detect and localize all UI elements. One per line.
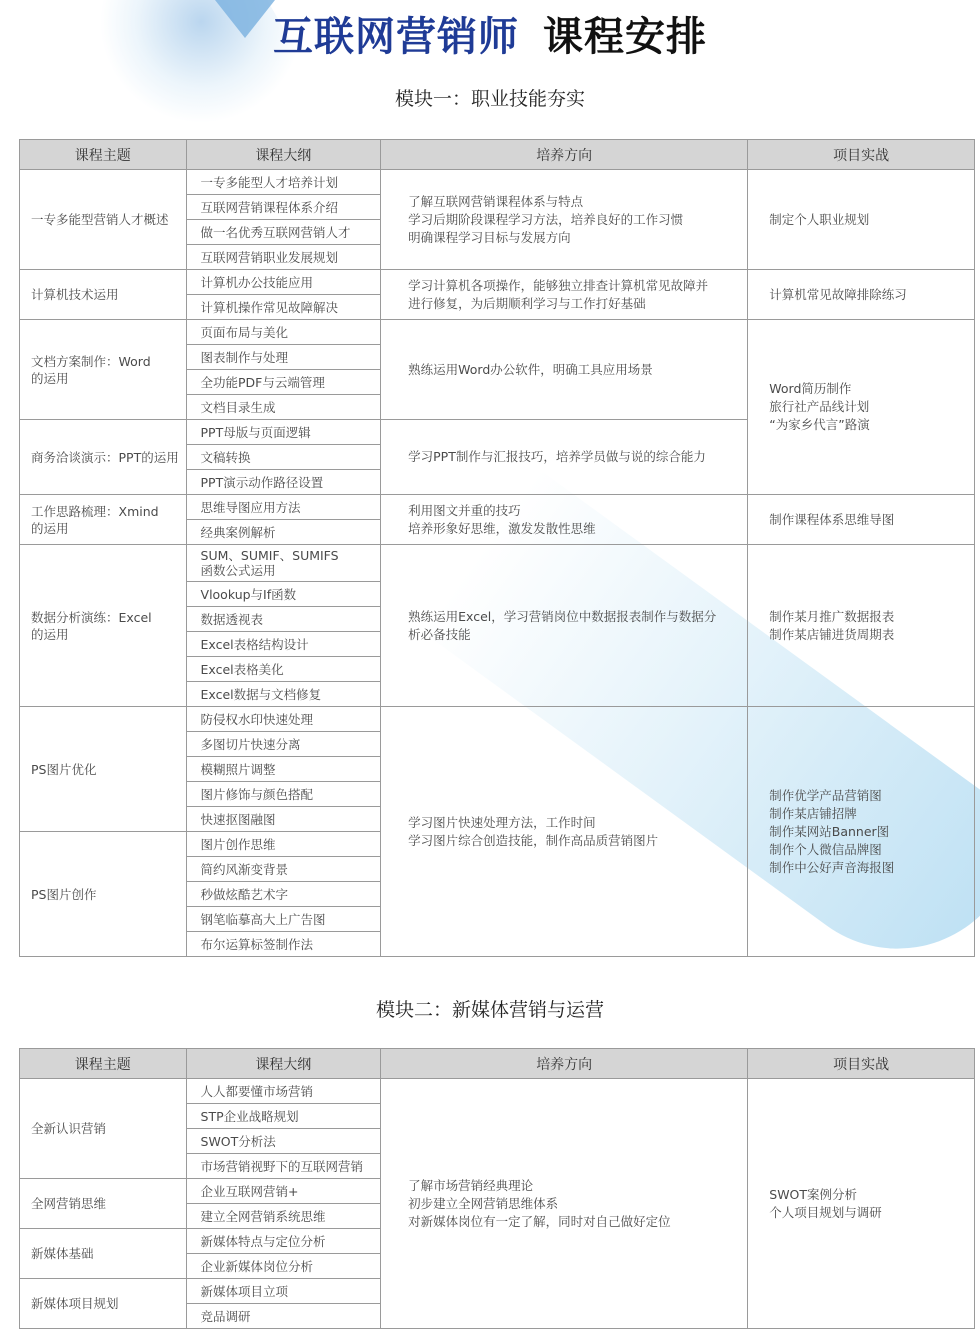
outline-cell: 秒做炫酷艺术字	[186, 882, 381, 907]
direction-line: 了解市场营销经典理论	[408, 1177, 747, 1195]
direction-line: 学习图片快速处理方法，工作时间	[408, 814, 747, 832]
direction-line: 学习PPT制作与汇报技巧，培养学员做与说的综合能力	[408, 448, 747, 466]
project-line: 制作某网站Banner图	[769, 823, 974, 841]
module2-title: 模块二：新媒体营销与运营	[0, 997, 980, 1023]
project-cell: 计算机常见故障排除练习	[748, 270, 975, 320]
table-row: 数据分析演练：Excel 的运用 SUM、SUMIF、SUMIFS 函数公式运用…	[20, 545, 975, 582]
outline-cell: 互联网营销职业发展规划	[186, 245, 381, 270]
project-cell: 制作课程体系思维导图	[748, 495, 975, 545]
topic-cell: 全网营销思维	[20, 1179, 187, 1229]
outline-cell: 新媒体特点与定位分析	[186, 1229, 381, 1254]
outline-cell: 计算机操作常见故障解决	[186, 295, 381, 320]
outline-cell: 做一名优秀互联网营销人才	[186, 220, 381, 245]
outline-cell: 防侵权水印快速处理	[186, 707, 381, 732]
topic-cell: 数据分析演练：Excel 的运用	[20, 545, 187, 707]
outline-cell: PPT演示动作路径设置	[186, 470, 381, 495]
module2-table: 课程主题 课程大纲 培养方向 项目实战 全新认识营销 人人都要懂市场营销 了解市…	[19, 1048, 975, 1329]
header-topic: 课程主题	[20, 1049, 187, 1079]
outline-cell: 图片修饰与颜色搭配	[186, 782, 381, 807]
topic-cell: 一专多能型营销人才概述	[20, 170, 187, 270]
outline-cell: 布尔运算标签制作法	[186, 932, 381, 957]
outline-cell: 模糊照片调整	[186, 757, 381, 782]
topic-cell: 新媒体项目规划	[20, 1279, 187, 1329]
direction-line: 学习后期阶段课程学习方法，培养良好的工作习惯	[408, 211, 747, 229]
outline-cell: 简约风渐变背景	[186, 857, 381, 882]
topic-line: 的运用	[31, 626, 186, 643]
module1-title: 模块一：职业技能夯实	[0, 86, 980, 112]
header-direction: 培养方向	[381, 140, 748, 170]
outline-cell: Excel表格结构设计	[186, 632, 381, 657]
outline-cell: 页面布局与美化	[186, 320, 381, 345]
header-project: 项目实战	[748, 140, 975, 170]
direction-cell: 熟练运用Excel，学习营销岗位中数据报表制作与数据分 析必备技能	[381, 545, 748, 707]
topic-line: 文档方案制作：Word	[31, 353, 186, 370]
outline-cell: 文稿转换	[186, 445, 381, 470]
direction-cell: 学习PPT制作与汇报技巧，培养学员做与说的综合能力	[381, 420, 748, 495]
project-cell: 制定个人职业规划	[748, 170, 975, 270]
project-cell: Word简历制作 旅行社产品线计划 “为家乡代言”路演	[748, 320, 975, 495]
topic-cell: PS图片优化	[20, 707, 187, 832]
topic-line: 的运用	[31, 520, 186, 537]
topic-line: 数据分析演练：Excel	[31, 609, 186, 626]
header-outline: 课程大纲	[186, 1049, 381, 1079]
outline-cell: 互联网营销课程体系介绍	[186, 195, 381, 220]
project-line: 制作个人微信品牌图	[769, 841, 974, 859]
table-row: 一专多能型营销人才概述 一专多能型人才培养计划 了解互联网营销课程体系与特点 学…	[20, 170, 975, 195]
page-title: 互联网营销师课程安排	[0, 12, 980, 62]
direction-line: 熟练运用Excel，学习营销岗位中数据报表制作与数据分	[408, 608, 747, 626]
outline-cell: 新媒体项目立项	[186, 1279, 381, 1304]
outline-cell: SWOT分析法	[186, 1129, 381, 1154]
project-line: 个人项目规划与调研	[769, 1204, 974, 1222]
project-line: 制作课程体系思维导图	[769, 511, 974, 529]
direction-cell: 利用图文并重的技巧 培养形象好思维，激发发散性思维	[381, 495, 748, 545]
outline-cell: 快速抠图融图	[186, 807, 381, 832]
topic-cell: 全新认识营销	[20, 1079, 187, 1179]
direction-cell: 学习图片快速处理方法，工作时间 学习图片综合创造技能，制作高品质营销图片	[381, 707, 748, 957]
outline-cell: 思维导图应用方法	[186, 495, 381, 520]
direction-line: 利用图文并重的技巧	[408, 502, 747, 520]
direction-line: 学习图片综合创造技能，制作高品质营销图片	[408, 832, 747, 850]
project-cell: 制作优学产品营销图 制作某店铺招牌 制作某网站Banner图 制作个人微信品牌图…	[748, 707, 975, 957]
outline-cell: Vlookup与If函数	[186, 582, 381, 607]
outline-cell: Excel数据与文档修复	[186, 682, 381, 707]
topic-cell: 新媒体基础	[20, 1229, 187, 1279]
outline-cell: 文档目录生成	[186, 395, 381, 420]
project-line: 制作中公好声音海报图	[769, 859, 974, 877]
direction-cell: 了解市场营销经典理论 初步建立全网营销思维体系 对新媒体岗位有一定了解，同时对自…	[381, 1079, 748, 1329]
project-line: 计算机常见故障排除练习	[769, 286, 974, 304]
direction-line: 对新媒体岗位有一定了解，同时对自己做好定位	[408, 1213, 747, 1231]
outline-cell: 竞品调研	[186, 1304, 381, 1329]
topic-line: 工作思路梳理：Xmind	[31, 503, 186, 520]
project-line: 制定个人职业规划	[769, 211, 974, 229]
outline-cell: SUM、SUMIF、SUMIFS 函数公式运用	[186, 545, 381, 582]
header-outline: 课程大纲	[186, 140, 381, 170]
topic-cell: 商务洽谈演示：PPT的运用	[20, 420, 187, 495]
direction-line: 了解互联网营销课程体系与特点	[408, 193, 747, 211]
direction-cell: 熟练运用Word办公软件，明确工具应用场景	[381, 320, 748, 420]
outline-cell: 钢笔临摹高大上广告图	[186, 907, 381, 932]
page-title-blue: 互联网营销师	[273, 14, 519, 60]
project-line: 旅行社产品线计划	[769, 398, 974, 416]
outline-cell: 企业互联网营销+	[186, 1179, 381, 1204]
direction-line: 初步建立全网营销思维体系	[408, 1195, 747, 1213]
project-line: 制作某月推广数据报表	[769, 608, 974, 626]
outline-cell: 人人都要懂市场营销	[186, 1079, 381, 1104]
table-row: PS图片优化 防侵权水印快速处理 学习图片快速处理方法，工作时间 学习图片综合创…	[20, 707, 975, 732]
project-cell: SWOT案例分析 个人项目规划与调研	[748, 1079, 975, 1329]
direction-line: 析必备技能	[408, 626, 747, 644]
topic-cell: 工作思路梳理：Xmind 的运用	[20, 495, 187, 545]
project-line: 制作某店铺进货周期表	[769, 626, 974, 644]
topic-cell: 文档方案制作：Word 的运用	[20, 320, 187, 420]
project-line: 制作优学产品营销图	[769, 787, 974, 805]
header-direction: 培养方向	[381, 1049, 748, 1079]
direction-cell: 了解互联网营销课程体系与特点 学习后期阶段课程学习方法，培养良好的工作习惯 明确…	[381, 170, 748, 270]
outline-cell: Excel表格美化	[186, 657, 381, 682]
table-header-row: 课程主题 课程大纲 培养方向 项目实战	[20, 140, 975, 170]
module1-table: 课程主题 课程大纲 培养方向 项目实战 一专多能型营销人才概述 一专多能型人才培…	[19, 139, 975, 957]
project-line: Word简历制作	[769, 380, 974, 398]
header-topic: 课程主题	[20, 140, 187, 170]
direction-cell: 学习计算机各项操作，能够独立排查计算机常见故障并 进行修复，为后期顺利学习与工作…	[381, 270, 748, 320]
table-row: 工作思路梳理：Xmind 的运用 思维导图应用方法 利用图文并重的技巧 培养形象…	[20, 495, 975, 520]
project-line: 制作某店铺招牌	[769, 805, 974, 823]
project-line: “为家乡代言”路演	[769, 416, 974, 434]
outline-cell: 一专多能型人才培养计划	[186, 170, 381, 195]
project-cell: 制作某月推广数据报表 制作某店铺进货周期表	[748, 545, 975, 707]
table-header-row: 课程主题 课程大纲 培养方向 项目实战	[20, 1049, 975, 1079]
outline-cell: 全功能PDF与云端管理	[186, 370, 381, 395]
outline-cell: 图片创作思维	[186, 832, 381, 857]
direction-line: 学习计算机各项操作，能够独立排查计算机常见故障并	[408, 277, 747, 295]
outline-cell: PPT母版与页面逻辑	[186, 420, 381, 445]
outline-cell: 市场营销视野下的互联网营销	[186, 1154, 381, 1179]
outline-cell: 建立全网营销系统思维	[186, 1204, 381, 1229]
direction-line: 明确课程学习目标与发展方向	[408, 229, 747, 247]
direction-line: 培养形象好思维，激发发散性思维	[408, 520, 747, 538]
direction-line: 熟练运用Word办公软件，明确工具应用场景	[408, 361, 747, 379]
header-project: 项目实战	[748, 1049, 975, 1079]
table-row: 文档方案制作：Word 的运用 页面布局与美化 熟练运用Word办公软件，明确工…	[20, 320, 975, 345]
outline-cell: 图表制作与处理	[186, 345, 381, 370]
page-title-black: 课程安排	[543, 14, 707, 60]
outline-cell: STP企业战略规划	[186, 1104, 381, 1129]
outline-cell: 多图切片快速分离	[186, 732, 381, 757]
topic-line: 的运用	[31, 370, 186, 387]
outline-cell: 经典案例解析	[186, 520, 381, 545]
topic-cell: 计算机技术运用	[20, 270, 187, 320]
project-line: SWOT案例分析	[769, 1186, 974, 1204]
direction-line: 进行修复，为后期顺利学习与工作打好基础	[408, 295, 747, 313]
table-row: 计算机技术运用 计算机办公技能应用 学习计算机各项操作，能够独立排查计算机常见故…	[20, 270, 975, 295]
table-row: 全新认识营销 人人都要懂市场营销 了解市场营销经典理论 初步建立全网营销思维体系…	[20, 1079, 975, 1104]
outline-cell: 数据透视表	[186, 607, 381, 632]
outline-cell: 企业新媒体岗位分析	[186, 1254, 381, 1279]
outline-cell: 计算机办公技能应用	[186, 270, 381, 295]
topic-cell: PS图片创作	[20, 832, 187, 957]
